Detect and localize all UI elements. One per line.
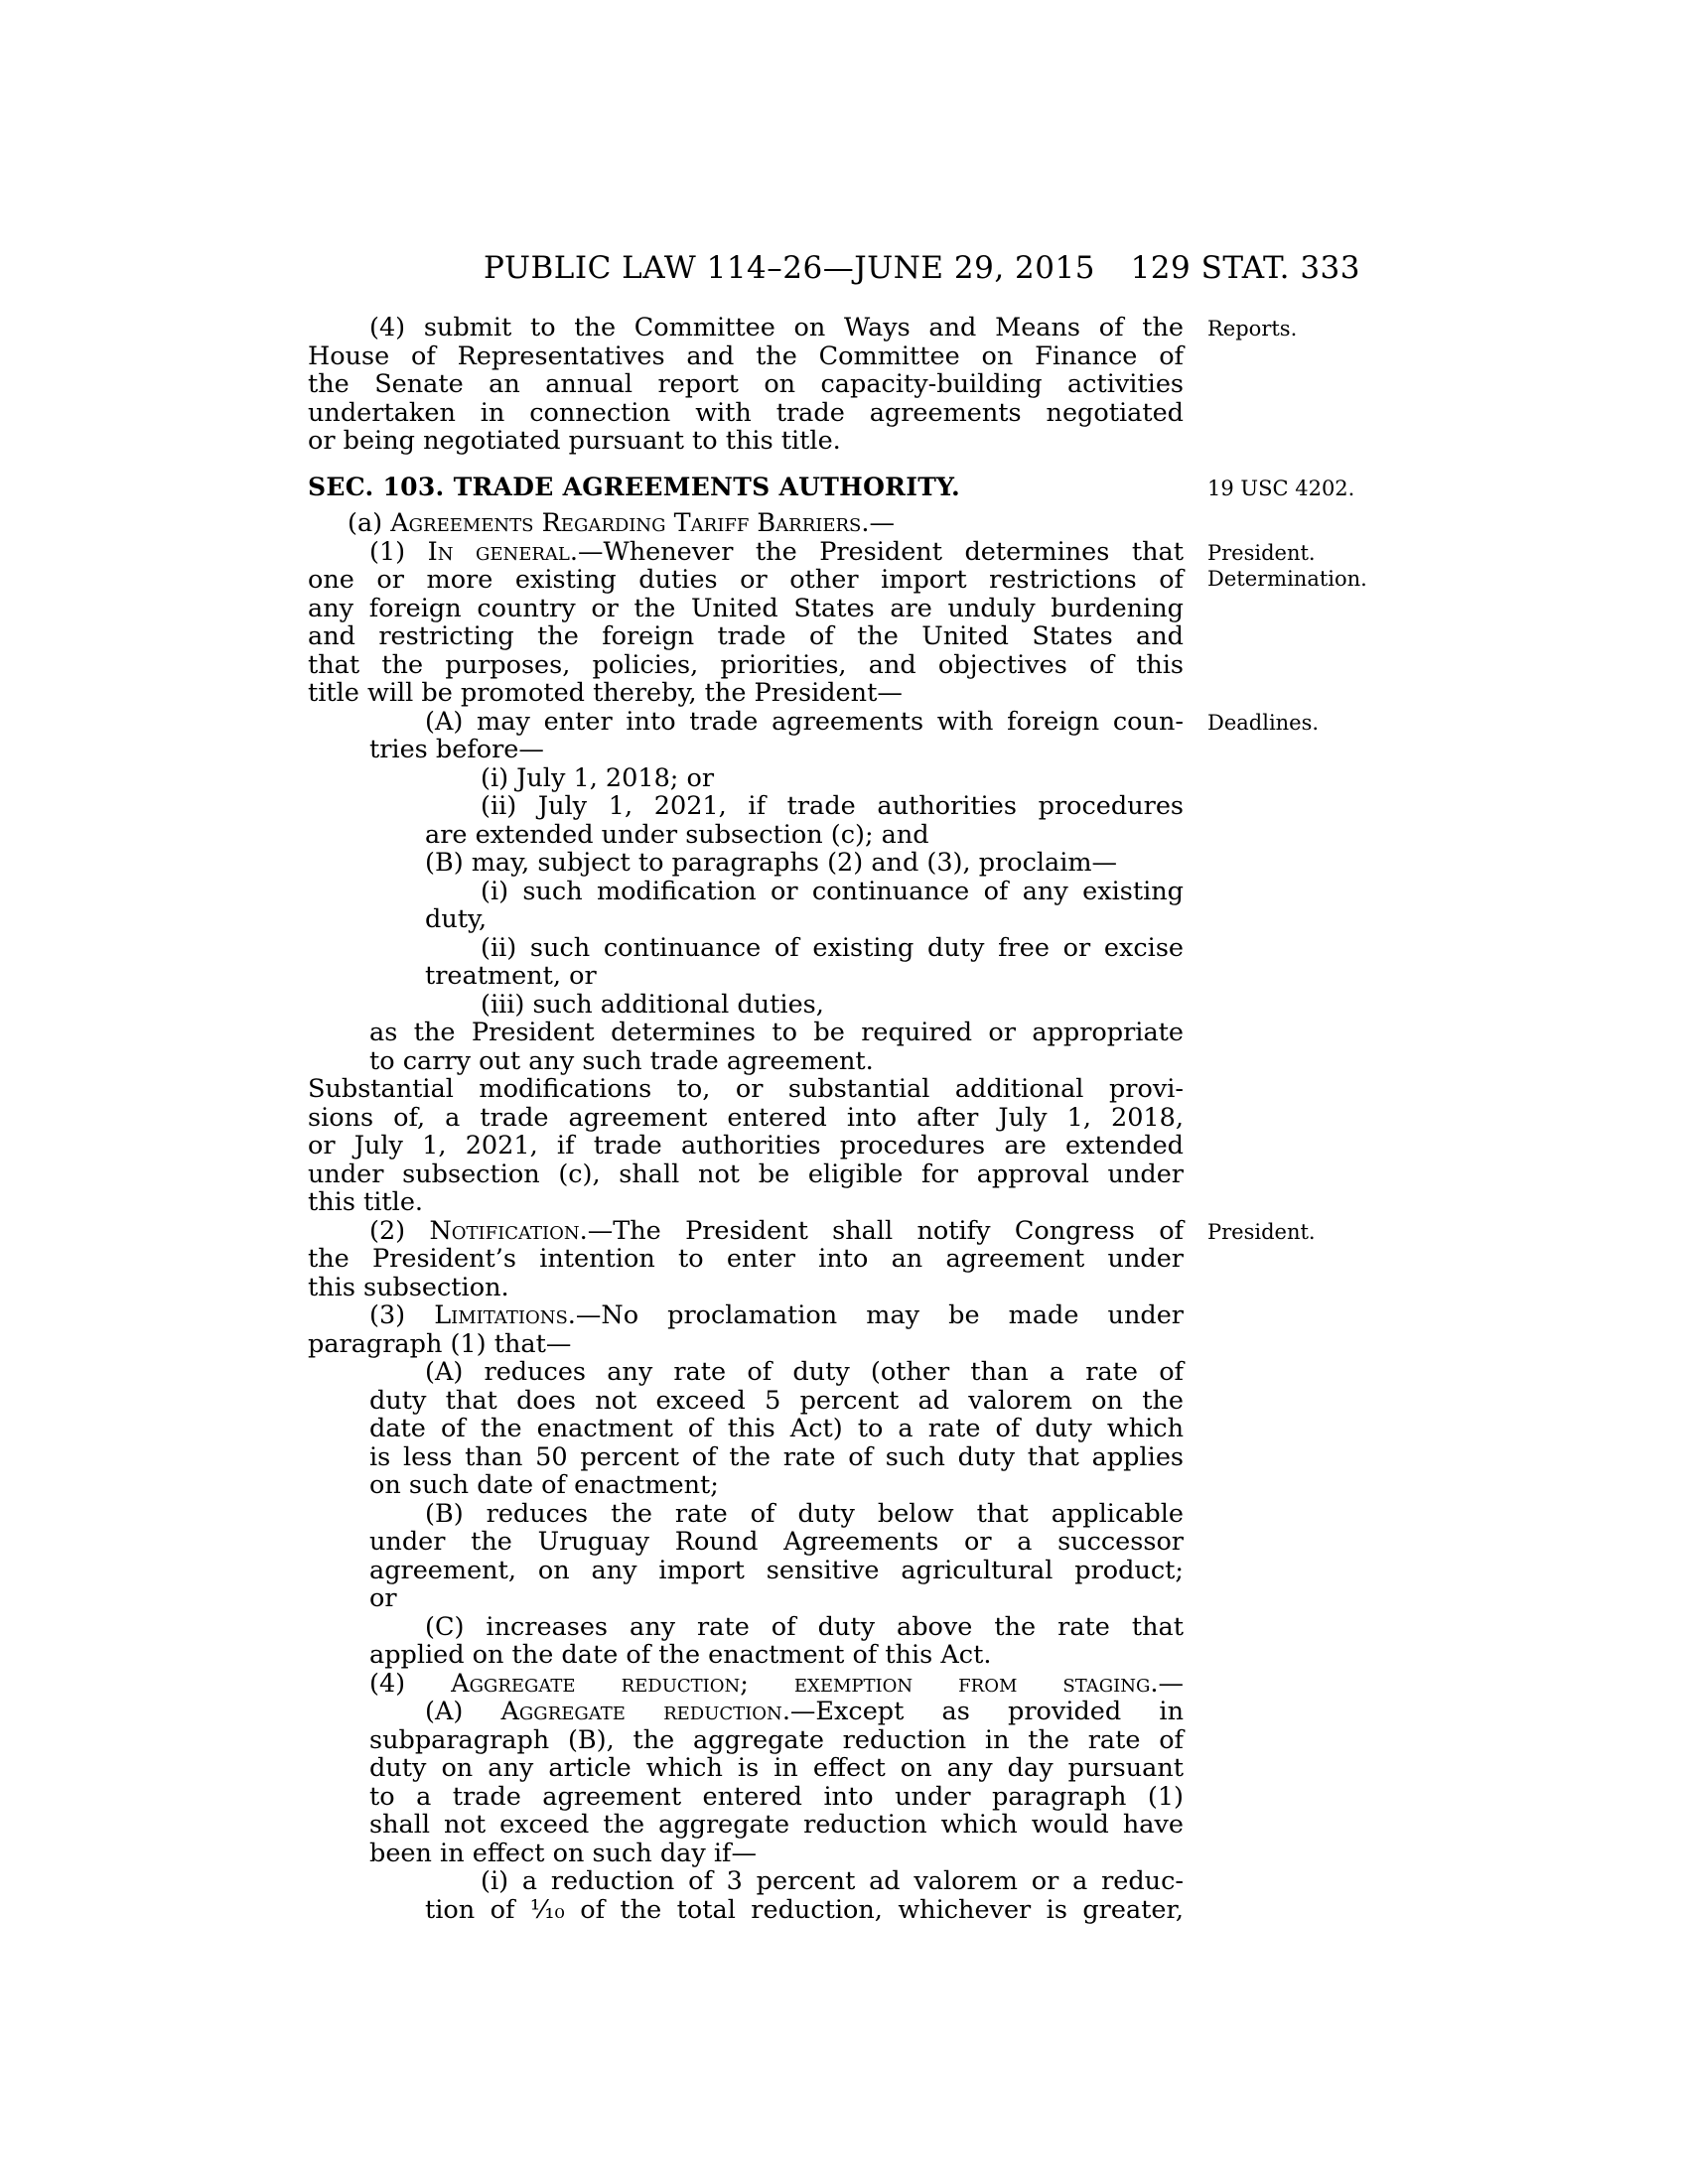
para-4-aggregate-reduction-heading: (4) Aggregate reduction; exemption from … [308,1670,1184,1699]
margin-note-line: Deadlines. [1207,710,1319,736]
text-line: to carry out any such trade agreement. [308,1047,1184,1076]
text-line: or July 1, 2021, if trade authorities pr… [308,1132,1184,1160]
subpara-A-aggregate-reduction: (A) Aggregate reduction.—Except as provi… [308,1698,1184,1867]
margin-note-line: President. [1207,540,1367,566]
text-line: under subsection (c), shall not be eligi… [308,1160,1184,1189]
text-line: (ii) such continuance of existing duty f… [308,934,1184,963]
margin-note: 19 USC 4202. [1207,476,1354,501]
subpara-A-reduces-rate: (A) reduces any rate of duty (other than… [308,1358,1184,1500]
para-3-limitations: (3) Limitations.—No proclamation may be … [308,1301,1184,1358]
text-line: the President’s intention to enter into … [308,1245,1184,1274]
clause-i-reduction-3-percent: (i) a reduction of 3 percent ad valorem … [308,1867,1184,1924]
closing-president-determines: as the President determines to be requir… [308,1019,1184,1075]
para-2-notification: (2) Notification.—The President shall no… [308,1217,1184,1302]
margin-note-line: Determination. [1207,566,1367,592]
subpara-A-enter-agreements: (A) may enter into trade agreements with… [308,708,1184,764]
text-line: sions of, a trade agreement entered into… [308,1104,1184,1133]
text-line: paragraph (1) that— [308,1330,1184,1359]
text-line: (A) may enter into trade agreements with… [308,708,1184,737]
text-line: (i) such modification or continuance of … [308,878,1184,906]
text-line: one or more existing duties or other imp… [308,566,1184,595]
text-line: (3) Limitations.—No proclamation may be … [308,1301,1184,1330]
para-substantial-modifications: Substantial modifications to, or substan… [308,1075,1184,1217]
text-line: Substantial modifications to, or substan… [308,1075,1184,1104]
margin-note: President. [1207,1219,1316,1245]
para-1-in-general: (1) In general.—Whenever the President d… [308,538,1184,708]
text-line: (2) Notification.—The President shall no… [308,1217,1184,1246]
statute-text-column: (4) submit to the Committee on Ways and … [308,314,1184,1924]
text-line: on such date of enactment; [308,1471,1184,1500]
margin-note-line: Reports. [1207,316,1297,341]
para-4-capacity-report: (4) submit to the Committee on Ways and … [308,314,1184,456]
text-line: (a) Agreements Regarding Tariff Barriers… [308,509,1184,538]
text-line: subparagraph (B), the aggregate reductio… [308,1726,1184,1755]
page-title: PUBLIC LAW 114–26—JUNE 29, 2015 [484,250,1095,286]
clause-i-july-2018: (i) July 1, 2018; or [308,764,1184,793]
statute-page-number: 129 STAT. 333 [1131,250,1360,286]
sec-103-heading: SEC. 103. TRADE AGREEMENTS AUTHORITY.19 … [308,474,1184,502]
text-line: (i) a reduction of 3 percent ad valorem … [308,1867,1184,1896]
text-line: or being negotiated pursuant to this tit… [308,427,1184,456]
text-line: applied on the date of the enactment of … [308,1641,1184,1670]
text-line: shall not exceed the aggregate reduction… [308,1811,1184,1840]
text-line: are extended under subsection (c); and [308,821,1184,850]
margin-note-line: 19 USC 4202. [1207,476,1354,501]
clause-iii-additional-duties: (iii) such additional duties, [308,991,1184,1020]
text-line: tion of ¹⁄₁₀ of the total reduction, whi… [308,1896,1184,1925]
margin-note-line: President. [1207,1219,1316,1245]
margin-note: Deadlines. [1207,710,1319,736]
text-line: tries before— [308,736,1184,764]
text-line: duty on any article which is in effect o… [308,1754,1184,1783]
text-line: (i) July 1, 2018; or [308,764,1184,793]
text-line: (B) reduces the rate of duty below that … [308,1500,1184,1529]
text-line: (C) increases any rate of duty above the… [308,1613,1184,1642]
text-line: the Senate an annual report on capacity-… [308,370,1184,399]
text-line: under the Uruguay Round Agreements or a … [308,1528,1184,1557]
clause-i-modification: (i) such modification or continuance of … [308,878,1184,934]
text-line: been in effect on such day if— [308,1840,1184,1868]
text-line: and restricting the foreign trade of the… [308,622,1184,651]
subpara-B-uruguay-round: (B) reduces the rate of duty below that … [308,1500,1184,1613]
text-line: House of Representatives and the Committ… [308,342,1184,371]
subpara-B-proclaim: (B) may, subject to paragraphs (2) and (… [308,849,1184,878]
text-line: is less than 50 percent of the rate of s… [308,1443,1184,1472]
text-line: (B) may, subject to paragraphs (2) and (… [308,849,1184,878]
text-line: title will be promoted thereby, the Pres… [308,679,1184,708]
subpara-C-increases-rate: (C) increases any rate of duty above the… [308,1613,1184,1670]
text-line: duty, [308,905,1184,934]
text-line: treatment, or [308,962,1184,991]
text-line: (A) reduces any rate of duty (other than… [308,1358,1184,1387]
text-line: any foreign country or the United States… [308,595,1184,623]
running-head: PUBLIC LAW 114–26—JUNE 29, 2015 129 STAT… [0,250,1688,290]
text-line: SEC. 103. TRADE AGREEMENTS AUTHORITY. [308,474,1184,502]
text-line: duty that does not exceed 5 percent ad v… [308,1387,1184,1416]
text-line: (1) In general.—Whenever the President d… [308,538,1184,567]
text-line: date of the enactment of this Act) to a … [308,1415,1184,1443]
text-line: that the purposes, policies, priorities,… [308,651,1184,680]
text-line: (4) submit to the Committee on Ways and … [308,314,1184,342]
text-line: (ii) July 1, 2021, if trade authorities … [308,792,1184,821]
text-line: or [308,1584,1184,1613]
text-line: (4) Aggregate reduction; exemption from … [308,1670,1184,1699]
text-line: undertaken in connection with trade agre… [308,399,1184,428]
text-line: to a trade agreement entered into under … [308,1783,1184,1812]
text-line: (iii) such additional duties, [308,991,1184,1020]
clause-ii-july-2021: (ii) July 1, 2021, if trade authorities … [308,792,1184,849]
subsec-a-tariff-barriers: (a) Agreements Regarding Tariff Barriers… [308,509,1184,538]
margin-note: President.Determination. [1207,540,1367,592]
text-line: this title. [308,1188,1184,1217]
margin-note: Reports. [1207,316,1297,341]
text-line: this subsection. [308,1274,1184,1302]
text-line: agreement, on any import sensitive agric… [308,1557,1184,1585]
clause-ii-continuance: (ii) such continuance of existing duty f… [308,934,1184,991]
text-line: (A) Aggregate reduction.—Except as provi… [308,1698,1184,1726]
text-line: as the President determines to be requir… [308,1019,1184,1047]
